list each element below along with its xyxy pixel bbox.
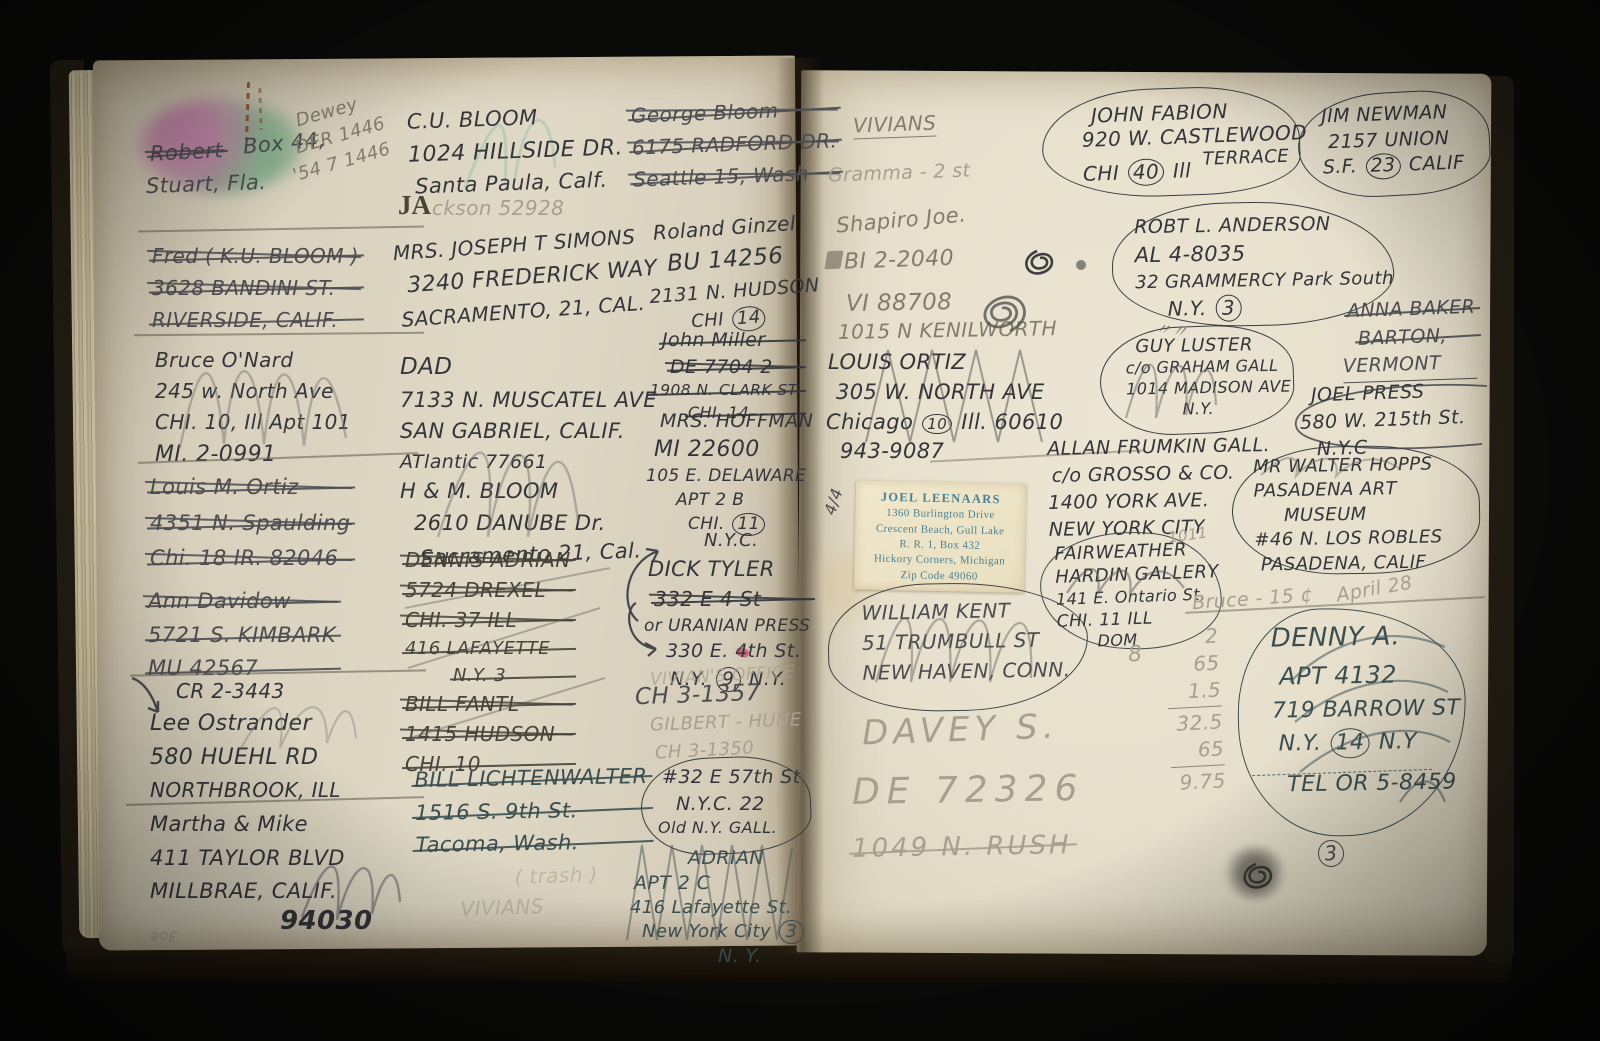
entry-line: 332 E 4 St — [654, 585, 810, 614]
entry-line: ( trash ) — [514, 859, 598, 892]
entry-line: CH 3-1357 — [635, 680, 762, 710]
entry-text: S.F. — [1323, 156, 1358, 179]
scribble-overlay — [292, 842, 407, 927]
scribble-overlay — [428, 412, 588, 547]
entry-louis-ortiz-old: Louis M. Ortiz 4351 N. Spaulding Chi. 18… — [150, 470, 350, 577]
sum-value: 65 — [1157, 649, 1220, 679]
scribble-overlay — [1118, 340, 1228, 425]
entry-line: #32 E 57th St — [662, 764, 801, 791]
entry-line: Tacoma, Wash. — [415, 825, 649, 862]
entry-line: 1049 N. RUSH — [852, 830, 1072, 864]
entry-line: MI 22600 — [654, 435, 813, 466]
entry-line: APT 2 B — [676, 489, 813, 513]
entry-phone-bi: BI 2-2040 — [826, 246, 955, 275]
entry-line: 3628 BANDINI ST. — [152, 272, 359, 304]
entry-line: DAD — [400, 350, 657, 385]
entry-lichtenwalter: BILL LICHTENWALTER 1516 S. 9th St. Tacom… — [414, 760, 649, 862]
circled-number: 23 — [1365, 153, 1401, 180]
entry-vivians: VIVIANS — [853, 111, 937, 140]
entry-davey-phone: DE 72326 — [852, 768, 1085, 813]
entry-davey-rush: 1049 N. RUSH — [852, 830, 1072, 864]
entry-stuart: Robert — [149, 138, 223, 166]
entry-line: #46 N. LOS ROBLES — [1254, 526, 1442, 554]
entry-line: N.Y.C. 22 — [676, 791, 801, 818]
entry-line: Ann Davidow — [148, 585, 336, 619]
ink-blot — [824, 251, 843, 270]
entry-line: DAVEY S. — [861, 707, 1059, 754]
entry-line: c/o GROSSO & CO. — [1052, 459, 1271, 490]
entry-baker: ANNA BAKER BARTON, VERMONT — [1347, 294, 1478, 383]
entry-line: PASADENA ART — [1253, 477, 1441, 505]
entry-line: DE 72326 — [852, 768, 1085, 813]
circled-number: 3 — [1215, 295, 1241, 322]
entry-erased: ( trash ) VIVIANS — [429, 859, 599, 925]
entry-ch-1357: CH 3-1357 — [635, 680, 762, 710]
entry-line: MRS. HOFFMAN — [660, 408, 813, 435]
entry-george-bloom: George Bloom 6175 RADFORD DR. Seattle 15… — [630, 92, 838, 195]
entry-line: ckson 52928 — [432, 196, 564, 220]
spiral-doodle — [1226, 848, 1286, 900]
entry-line: Old N.Y. GALL. — [658, 817, 801, 839]
scribble-overlay — [622, 840, 802, 948]
entry-line: 3oe — [150, 928, 178, 945]
entry-line: MUSEUM — [1284, 501, 1442, 528]
entry-fred-bloom: Fred ( K.U. BLOOM ) 3628 BANDINI ST. RIV… — [152, 240, 359, 336]
entry-line: BARTON, — [1358, 321, 1477, 353]
entry-line: Stuart, Fla. — [146, 170, 267, 198]
scribble-overlay — [400, 548, 620, 748]
entry-line: S.F. 23 CALIF — [1322, 151, 1464, 182]
book-photo: Robert Box 44, Stuart, Fla. Dewey DER 14… — [0, 0, 1600, 1041]
entry-line: Martha & Mike — [150, 808, 372, 842]
entry-text: CHI — [1083, 160, 1120, 185]
entry-line: VI 88708 — [846, 289, 953, 317]
entry-text: N.Y. — [1168, 296, 1207, 321]
entry-line: BI 2-2040 — [826, 246, 955, 275]
spiral-doodle — [962, 278, 1036, 348]
entry-phone-vi: VI 88708 — [846, 289, 953, 317]
entry-davey: DAVEY S. — [861, 707, 1059, 754]
entry-ginzel: Roland Ginzel BU 14256 2131 N. HUDSON CH… — [652, 206, 822, 337]
scribble-overlay — [168, 338, 363, 453]
sum-value: 1.5 — [1158, 676, 1221, 706]
entry-line: 1908 N. CLARK ST. — [650, 380, 801, 402]
entry-line: RIVERSIDE, CALIF. — [152, 304, 359, 336]
entry-line: AL 4-8035 — [1135, 236, 1394, 270]
scribble-overlay — [1280, 622, 1455, 812]
entry-line: N.Y.C. — [704, 528, 810, 554]
entry-line: DICK TYLER — [648, 554, 810, 584]
entry-text: BI 2-2040 — [844, 246, 955, 275]
entry-line: VIVIANS — [853, 111, 937, 138]
entry-text: CALIF — [1409, 152, 1465, 176]
entry-line: Robert — [149, 138, 223, 166]
entry-line: Louis M. Ortiz — [150, 470, 350, 506]
entry-line: ALLAN FRUMKIN GALL. — [1047, 432, 1270, 463]
entry-e57: #32 E 57th St N.Y.C. 22 Old N.Y. GALL. — [662, 764, 801, 840]
entry-line: 1516 S. 9th St. — [415, 793, 649, 830]
entry-line: Chi. 18 IR. 82046 — [150, 541, 350, 577]
sum-total: 9.75 — [1163, 767, 1226, 797]
sum-column: 2 65 1.5 32.5 65 9.75 — [1156, 622, 1227, 797]
entry-line: BILL LICHTENWALTER — [414, 760, 648, 797]
entry-cu-bloom: C.U. BLOOM 1024 HILLSIDE DR. Santa Paula… — [406, 99, 624, 202]
sum-left-digit: 8 — [1127, 641, 1144, 667]
jackson-stamp-pencil: ckson 52928 — [432, 196, 564, 220]
sum-value: 65 — [1161, 735, 1224, 765]
entry-newman: JIM NEWMAN 2157 UNION S.F. 23 CALIF — [1321, 100, 1465, 182]
scribble-overlay — [232, 688, 362, 758]
entry-line: VIVIANS — [460, 889, 599, 924]
entry-line: Fred ( K.U. BLOOM ) — [152, 240, 359, 272]
entry-line: 4351 N. Spaulding — [150, 506, 350, 542]
entry-line: or URANIAN PRESS — [644, 614, 810, 639]
scribble-overlay — [858, 344, 1058, 449]
entry-hoffman: MRS. HOFFMAN MI 22600 105 E. DELAWARE AP… — [660, 408, 813, 537]
entry-line: 105 E. DELAWARE — [646, 465, 813, 489]
circled-number: 3 — [1317, 839, 1345, 868]
page-corner-mark: 3oe — [150, 928, 178, 945]
entry-line: 8 — [1127, 641, 1144, 667]
scribble-overlay — [1256, 450, 1406, 480]
label-line: Zip Code 49060 — [858, 567, 1020, 585]
entry-stuart-city: Stuart, Fla. — [146, 170, 267, 198]
entry-line: 5721 S. KIMBARK — [148, 619, 336, 653]
entry-text: Ill — [1172, 158, 1191, 183]
entry-line: DE 7704 2 — [670, 354, 801, 381]
scribble-overlay — [1062, 558, 1192, 598]
entry-line: John Miller — [662, 327, 801, 354]
entry-line: PASADENA, CALIF — [1261, 550, 1443, 578]
circled-three-note: 3 — [1315, 839, 1347, 869]
circled-number: 40 — [1127, 158, 1164, 186]
entry-line: N. Y. — [718, 944, 806, 969]
entry-fabion: JOHN FABION 920 W. CASTLEWOOD TERRACE CH… — [1081, 96, 1309, 188]
address-label: JOEL LEENAARS 1360 Burlington Drive Cres… — [854, 480, 1026, 593]
sum-value: 2 — [1156, 622, 1219, 652]
jackson-stamp: JA — [398, 190, 431, 221]
sum-value: 32.5 — [1160, 708, 1223, 738]
label-line: JOEL LEENAARS — [860, 488, 1022, 508]
entry-simons: MRS. JOSEPH T SIMONS 3240 FREDERICK WAY … — [392, 219, 661, 336]
